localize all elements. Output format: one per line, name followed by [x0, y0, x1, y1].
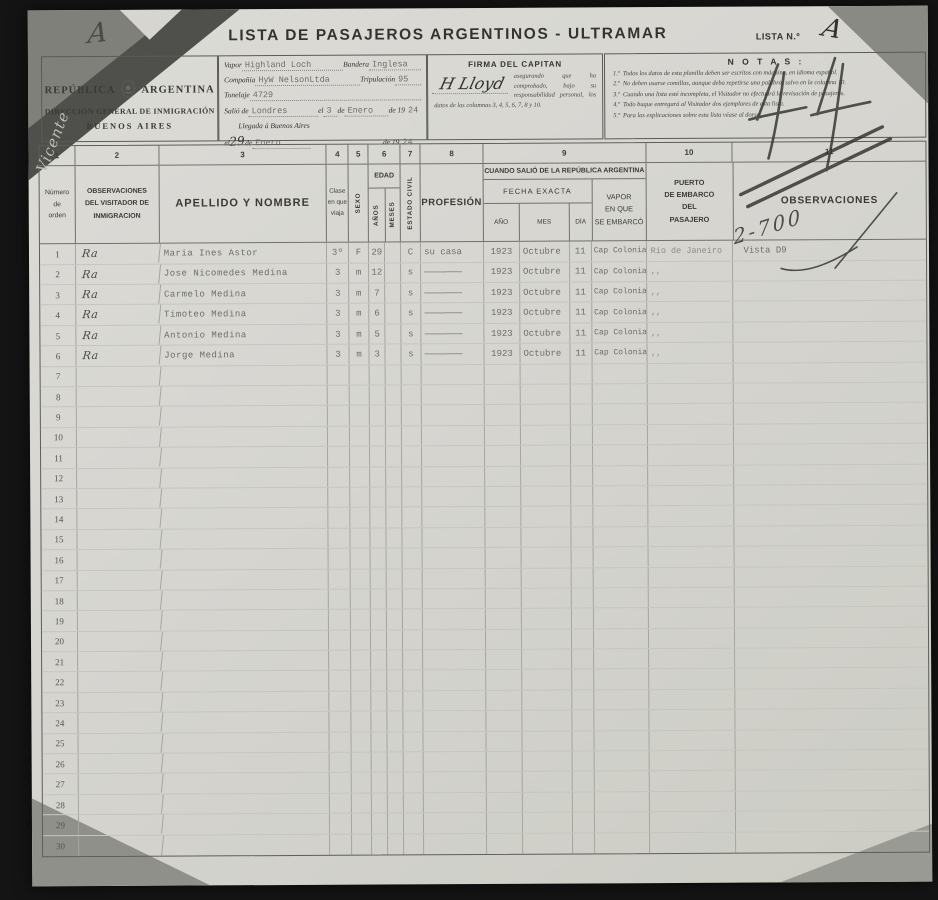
cell-obs	[734, 403, 927, 423]
cell-visitador	[78, 754, 164, 774]
header-observaciones-visitador: OBSERVACIONES DEL VISITADOR DE INMIGRACI…	[75, 165, 159, 243]
issuer-stamp-box: REPÚBLICA ARGENTINA DIRECCIÓN GENERAL DE…	[41, 55, 218, 142]
vapor-label: Vapor	[224, 60, 242, 69]
cell-dia: 11	[570, 323, 592, 343]
cell-anos: 29	[369, 243, 385, 262]
cell-visitador	[77, 550, 163, 570]
passenger-table: 1234567891011 Número de orden OBSERVACIO…	[38, 141, 930, 858]
cell-vapor: Cap Colonia	[592, 241, 647, 261]
cell-dia	[572, 588, 594, 608]
cell-estado	[403, 630, 423, 649]
cell-vapor	[593, 445, 648, 465]
cell-sexo: m	[349, 263, 369, 282]
cell-sexo	[351, 671, 371, 690]
cell-obs	[735, 464, 928, 484]
cell-profesion	[424, 793, 487, 813]
cell-obs	[735, 525, 928, 545]
cell-puerto	[649, 628, 736, 648]
cell-puerto: ,,	[647, 261, 734, 281]
cell-nombre	[162, 773, 330, 793]
cell-nombre	[162, 692, 330, 712]
cell-meses	[386, 365, 402, 384]
row-number: 25	[43, 734, 79, 754]
cell-meses	[387, 671, 403, 690]
cell-nombre: Timoteo Medina	[160, 304, 328, 324]
cell-dia	[570, 384, 592, 404]
cell-mes: Octubre	[520, 303, 570, 323]
row-number: 20	[42, 632, 78, 652]
cell-sexo	[351, 610, 371, 629]
cell-clase	[330, 671, 352, 691]
cell-nombre	[161, 488, 329, 508]
coat-of-arms-icon	[119, 79, 137, 102]
cell-visitador: Ra	[75, 244, 161, 264]
cell-puerto	[649, 730, 736, 750]
cell-meses	[386, 345, 402, 364]
cell-clase: 3	[328, 345, 350, 365]
cell-puerto	[648, 445, 735, 465]
cell-estado	[403, 508, 423, 527]
cell-visitador: Ra	[75, 326, 161, 346]
cell-estado: s	[401, 283, 421, 302]
cell-ano: 1923	[484, 283, 520, 303]
row-number: 29	[43, 815, 79, 835]
cell-meses	[386, 447, 402, 466]
row-number: 13	[41, 489, 77, 509]
cell-dia	[571, 466, 593, 486]
cell-sexo	[350, 426, 370, 445]
cell-puerto	[649, 669, 736, 689]
cell-puerto	[648, 547, 735, 567]
cell-estado	[402, 487, 422, 506]
row-number: 30	[43, 836, 79, 857]
cell-vapor: Cap Colonia	[592, 343, 647, 363]
cell-meses	[387, 650, 403, 669]
cell-estado	[403, 691, 423, 710]
cell-meses	[388, 793, 404, 812]
cell-clase	[330, 753, 352, 773]
cell-anos	[371, 651, 387, 670]
cell-nombre	[161, 467, 329, 487]
cell-vapor: Cap Colonia	[592, 282, 647, 302]
cell-visitador	[76, 407, 162, 427]
cell-anos: 5	[370, 324, 386, 343]
cell-vapor	[595, 812, 650, 832]
cell-nombre	[161, 447, 329, 467]
cell-dia	[571, 548, 593, 568]
row-number: 28	[43, 795, 79, 815]
cell-meses	[388, 752, 404, 771]
cell-obs	[734, 281, 927, 301]
cell-visitador	[77, 672, 163, 692]
cell-sexo	[351, 488, 371, 507]
row-number: 6	[40, 346, 76, 366]
cell-sexo	[352, 753, 372, 772]
cell-mes	[523, 752, 573, 772]
notes-box: N O T A S : 1.ºTodos los datos de esta p…	[604, 52, 926, 140]
header-edad-group: EDAD AÑOS MESES	[369, 164, 401, 242]
cell-profesion	[423, 650, 486, 670]
cell-nombre: Jorge Medina	[160, 345, 328, 365]
cell-nombre	[161, 508, 329, 528]
row-number: 8	[41, 387, 77, 407]
cell-visitador	[77, 713, 163, 733]
cell-ano	[485, 446, 521, 466]
tripulacion-value: 95	[395, 74, 421, 85]
cell-sexo	[352, 773, 372, 792]
cell-visitador	[78, 835, 164, 856]
de19-label: de 19	[389, 105, 406, 114]
cell-vapor	[592, 364, 647, 384]
cell-dia: 11	[570, 344, 592, 364]
cell-meses	[388, 691, 404, 710]
cell-estado	[403, 610, 423, 629]
salio-day: 3	[323, 105, 337, 116]
tonelaje-label: Tonelaje	[224, 91, 250, 100]
cell-puerto	[647, 384, 734, 404]
column-number: 10	[646, 143, 733, 162]
cell-profesion	[423, 609, 486, 629]
cell-sexo	[351, 651, 371, 670]
cell-nombre	[161, 529, 329, 549]
column-number: 9	[483, 143, 646, 163]
cell-obs	[736, 811, 929, 831]
cell-anos	[370, 487, 386, 506]
cell-mes	[523, 792, 573, 812]
tonelaje-line: Tonelaje 4729	[224, 90, 421, 102]
cell-nombre	[162, 651, 330, 671]
cell-clase	[330, 814, 352, 834]
document-title: LISTA DE PASAJEROS ARGENTINOS - ULTRAMAR	[108, 24, 788, 46]
cell-vapor	[592, 384, 647, 404]
cell-nombre	[163, 794, 331, 814]
cell-obs	[733, 260, 926, 280]
cell-profesion	[422, 365, 485, 385]
llegada-label: Llegada á Buenos Aires	[238, 121, 310, 130]
row-number: 7	[41, 367, 77, 387]
cell-dia	[571, 425, 593, 445]
cell-clase	[330, 692, 352, 712]
list-number-label: LISTA N.º	[756, 31, 800, 41]
cell-meses	[387, 569, 403, 588]
cell-estado	[404, 773, 424, 792]
bandera-label: Bandera	[343, 60, 369, 69]
cell-visitador	[76, 468, 162, 488]
country-line: REPÚBLICA ARGENTINA	[42, 78, 217, 102]
column-number: 7	[401, 144, 421, 163]
cell-nombre	[161, 590, 329, 610]
row-number: 15	[41, 530, 77, 550]
cell-clase	[328, 406, 350, 426]
cell-profesion	[423, 691, 486, 711]
cell-visitador	[76, 529, 162, 549]
cell-dia	[571, 486, 593, 506]
cell-anos	[371, 549, 387, 568]
cell-ano	[485, 426, 521, 446]
cell-profesion	[422, 385, 485, 405]
compania-line: Compañía HyW NelsonLtda Tripulación 95	[224, 74, 421, 86]
header-numero-orden: Número de orden	[40, 166, 76, 244]
cell-sexo: m	[350, 324, 370, 343]
country-left: REPÚBLICA	[45, 85, 116, 96]
cell-sexo	[352, 732, 372, 751]
row-number: 26	[43, 754, 79, 774]
header-profesion: PROFESIÓN	[420, 164, 483, 242]
notes-title: N O T A S :	[613, 56, 919, 68]
cell-anos	[372, 773, 388, 792]
cell-visitador	[77, 693, 163, 713]
tonelaje-value: 4729	[250, 90, 421, 102]
cell-anos: 12	[369, 263, 385, 282]
cell-clase	[328, 365, 350, 385]
cell-dia: 11	[570, 262, 592, 282]
cell-puerto	[649, 791, 736, 811]
cell-vapor: Cap Colonia	[592, 323, 647, 343]
cell-obs	[735, 546, 928, 566]
cell-puerto	[648, 465, 735, 485]
cell-dia	[572, 629, 594, 649]
cell-clase: 3	[328, 325, 350, 345]
cell-obs	[735, 485, 928, 505]
captain-signature: H Lloyd	[432, 74, 513, 94]
cell-clase	[329, 569, 351, 589]
salio-label: Salió de	[224, 106, 248, 115]
cell-estado: C	[401, 243, 421, 262]
cell-ano	[486, 731, 522, 751]
cell-vapor	[594, 731, 649, 751]
cell-profesion	[423, 528, 486, 548]
cell-ano	[485, 487, 521, 507]
cell-anos	[371, 508, 387, 527]
cell-visitador	[78, 815, 164, 835]
captain-label: FIRMA DEL CAPITAN	[434, 59, 596, 69]
cell-meses	[387, 549, 403, 568]
cell-mes	[522, 711, 572, 731]
cell-estado	[403, 548, 423, 567]
cell-mes	[521, 425, 571, 445]
header-clase: Clase en que viaja	[327, 164, 349, 242]
vapor-value: Highland Loch	[242, 60, 343, 72]
table-body: 1RaMaria Ines Astor3ºF29Csu casa1923Octu…	[40, 240, 929, 856]
cell-sexo	[351, 508, 371, 527]
cell-mes	[521, 385, 571, 405]
cell-vapor: Cap Colonia	[592, 303, 647, 323]
cell-obs	[734, 301, 927, 321]
cell-puerto: ,,	[647, 323, 734, 343]
header-puerto-embarco: PUERTO DE EMBARCO DEL PASAJERO	[646, 162, 733, 240]
cell-estado	[403, 528, 423, 547]
cell-mes	[520, 364, 570, 384]
cell-ano: 1923	[484, 242, 520, 262]
header-dia: DÍA	[570, 203, 592, 241]
cell-ano	[485, 507, 521, 527]
cell-dia	[572, 731, 594, 751]
cell-puerto: ,,	[647, 302, 734, 322]
cell-dia	[571, 527, 593, 547]
cell-obs	[736, 648, 929, 668]
cell-visitador: Ra	[75, 346, 161, 366]
cell-meses	[387, 610, 403, 629]
cell-profesion: ———————	[421, 283, 484, 303]
cell-dia	[573, 772, 595, 792]
row-number: 17	[42, 571, 78, 591]
cell-mes: Octubre	[520, 344, 570, 364]
cell-obs	[734, 383, 927, 403]
cell-mes	[521, 405, 571, 425]
cell-clase	[329, 528, 351, 548]
cell-meses	[386, 467, 402, 486]
cell-obs	[734, 444, 927, 464]
cell-ano	[485, 528, 521, 548]
cell-visitador	[77, 631, 163, 651]
cell-visitador: Ra	[75, 305, 161, 325]
cell-nombre: Maria Ines Astor	[160, 243, 328, 263]
cell-anos	[370, 365, 386, 384]
cell-anos	[371, 569, 387, 588]
cell-mes: Octubre	[520, 262, 570, 282]
cell-anos	[372, 834, 388, 854]
header-anos: AÑOS	[369, 188, 385, 242]
cell-mes	[522, 609, 572, 629]
cell-clase	[329, 630, 351, 650]
cell-puerto	[648, 567, 735, 587]
cell-puerto	[649, 771, 736, 791]
cell-visitador	[76, 448, 162, 468]
cell-anos	[372, 814, 388, 833]
cell-obs	[736, 668, 929, 688]
cell-visitador	[76, 509, 162, 529]
cell-puerto	[647, 363, 734, 383]
cell-puerto	[650, 832, 737, 853]
cell-profesion	[423, 630, 486, 650]
salio-line: Salió de Londres el 3 de Enero de 19 24	[224, 105, 421, 117]
cell-nombre	[163, 814, 331, 834]
cell-sexo	[352, 712, 372, 731]
cell-puerto	[648, 588, 735, 608]
row-number: 1	[40, 244, 76, 264]
cell-profesion	[422, 405, 485, 425]
cell-anos: 3	[370, 345, 386, 364]
header-mes: MES	[520, 203, 570, 241]
cell-meses	[388, 732, 404, 751]
header-cuando-salio-group: CUANDO SALIÓ DE LA REPÚBLICA ARGENTINA F…	[483, 163, 646, 241]
cell-puerto	[649, 649, 736, 669]
cell-vapor	[594, 751, 649, 771]
cell-visitador	[76, 387, 162, 407]
cell-obs	[734, 423, 927, 443]
cell-puerto	[649, 751, 736, 771]
cell-profesion	[422, 487, 485, 507]
column-number: 2	[75, 146, 159, 165]
cell-mes: Octubre	[520, 283, 570, 303]
cell-obs	[736, 750, 929, 770]
row-number: 9	[41, 408, 77, 428]
cell-vapor	[594, 608, 649, 628]
row-number: 24	[42, 713, 78, 733]
cell-estado	[404, 712, 424, 731]
cell-profesion: ———————	[422, 324, 485, 344]
cell-mes	[521, 507, 571, 527]
cell-visitador	[77, 611, 163, 631]
cell-estado	[402, 385, 422, 404]
column-number: 11	[733, 142, 926, 162]
cell-ano	[487, 772, 523, 792]
de-label: de	[337, 105, 344, 114]
cell-dia	[570, 364, 592, 384]
note-item: 5.ºPara las explicaciones sobre esta lis…	[613, 109, 919, 121]
cell-anos: 7	[369, 284, 385, 303]
cell-estado	[403, 569, 423, 588]
cell-sexo	[350, 406, 370, 425]
cell-meses	[386, 324, 402, 343]
cell-profesion	[423, 670, 486, 690]
cell-visitador	[76, 366, 162, 386]
cell-nombre	[163, 834, 331, 855]
handwritten-list-letter: A	[818, 13, 846, 45]
cell-obs	[736, 729, 929, 749]
cell-nombre	[162, 671, 330, 691]
compania-label: Compañía	[224, 75, 255, 84]
cell-nombre	[162, 712, 330, 732]
cell-nombre	[162, 732, 330, 752]
cell-dia	[571, 507, 593, 527]
cell-vapor	[593, 547, 648, 567]
column-number: 6	[369, 144, 401, 163]
cell-profesion	[424, 772, 487, 792]
cell-vapor	[595, 792, 650, 812]
row-number: 21	[42, 652, 78, 672]
cell-puerto	[649, 710, 736, 730]
cell-sexo	[351, 569, 371, 588]
cell-ano	[487, 793, 523, 813]
cell-estado	[404, 834, 424, 854]
cell-meses	[387, 508, 403, 527]
cell-dia	[572, 609, 594, 629]
cell-anos	[370, 386, 386, 405]
cell-clase	[328, 447, 350, 467]
cell-sexo	[351, 630, 371, 649]
cell-sexo	[352, 814, 372, 833]
cell-nombre	[162, 753, 330, 773]
cell-visitador	[77, 570, 163, 590]
cell-estado	[404, 793, 424, 812]
cell-estado	[403, 589, 423, 608]
cell-anos	[372, 712, 388, 731]
cell-meses	[388, 814, 404, 833]
cell-nombre: Jose Nicomedes Medina	[160, 263, 328, 283]
cell-vapor	[594, 772, 649, 792]
cell-nombre	[160, 386, 328, 406]
cell-anos	[372, 793, 388, 812]
cell-mes	[522, 568, 572, 588]
cell-mes	[523, 813, 573, 833]
cell-vapor	[594, 649, 649, 669]
cell-mes	[523, 833, 573, 854]
cell-obs	[734, 342, 927, 362]
cell-puerto: ,,	[647, 343, 734, 363]
cell-obs	[736, 689, 929, 709]
cell-visitador	[76, 427, 162, 447]
cell-obs	[735, 587, 928, 607]
row-number: 23	[42, 693, 78, 713]
cell-sexo: m	[350, 345, 370, 364]
cell-obs	[736, 770, 929, 790]
cell-profesion	[422, 507, 485, 527]
cell-vapor	[593, 568, 648, 588]
cell-nombre	[162, 630, 330, 650]
cell-meses	[386, 426, 402, 445]
cell-nombre	[161, 549, 329, 569]
